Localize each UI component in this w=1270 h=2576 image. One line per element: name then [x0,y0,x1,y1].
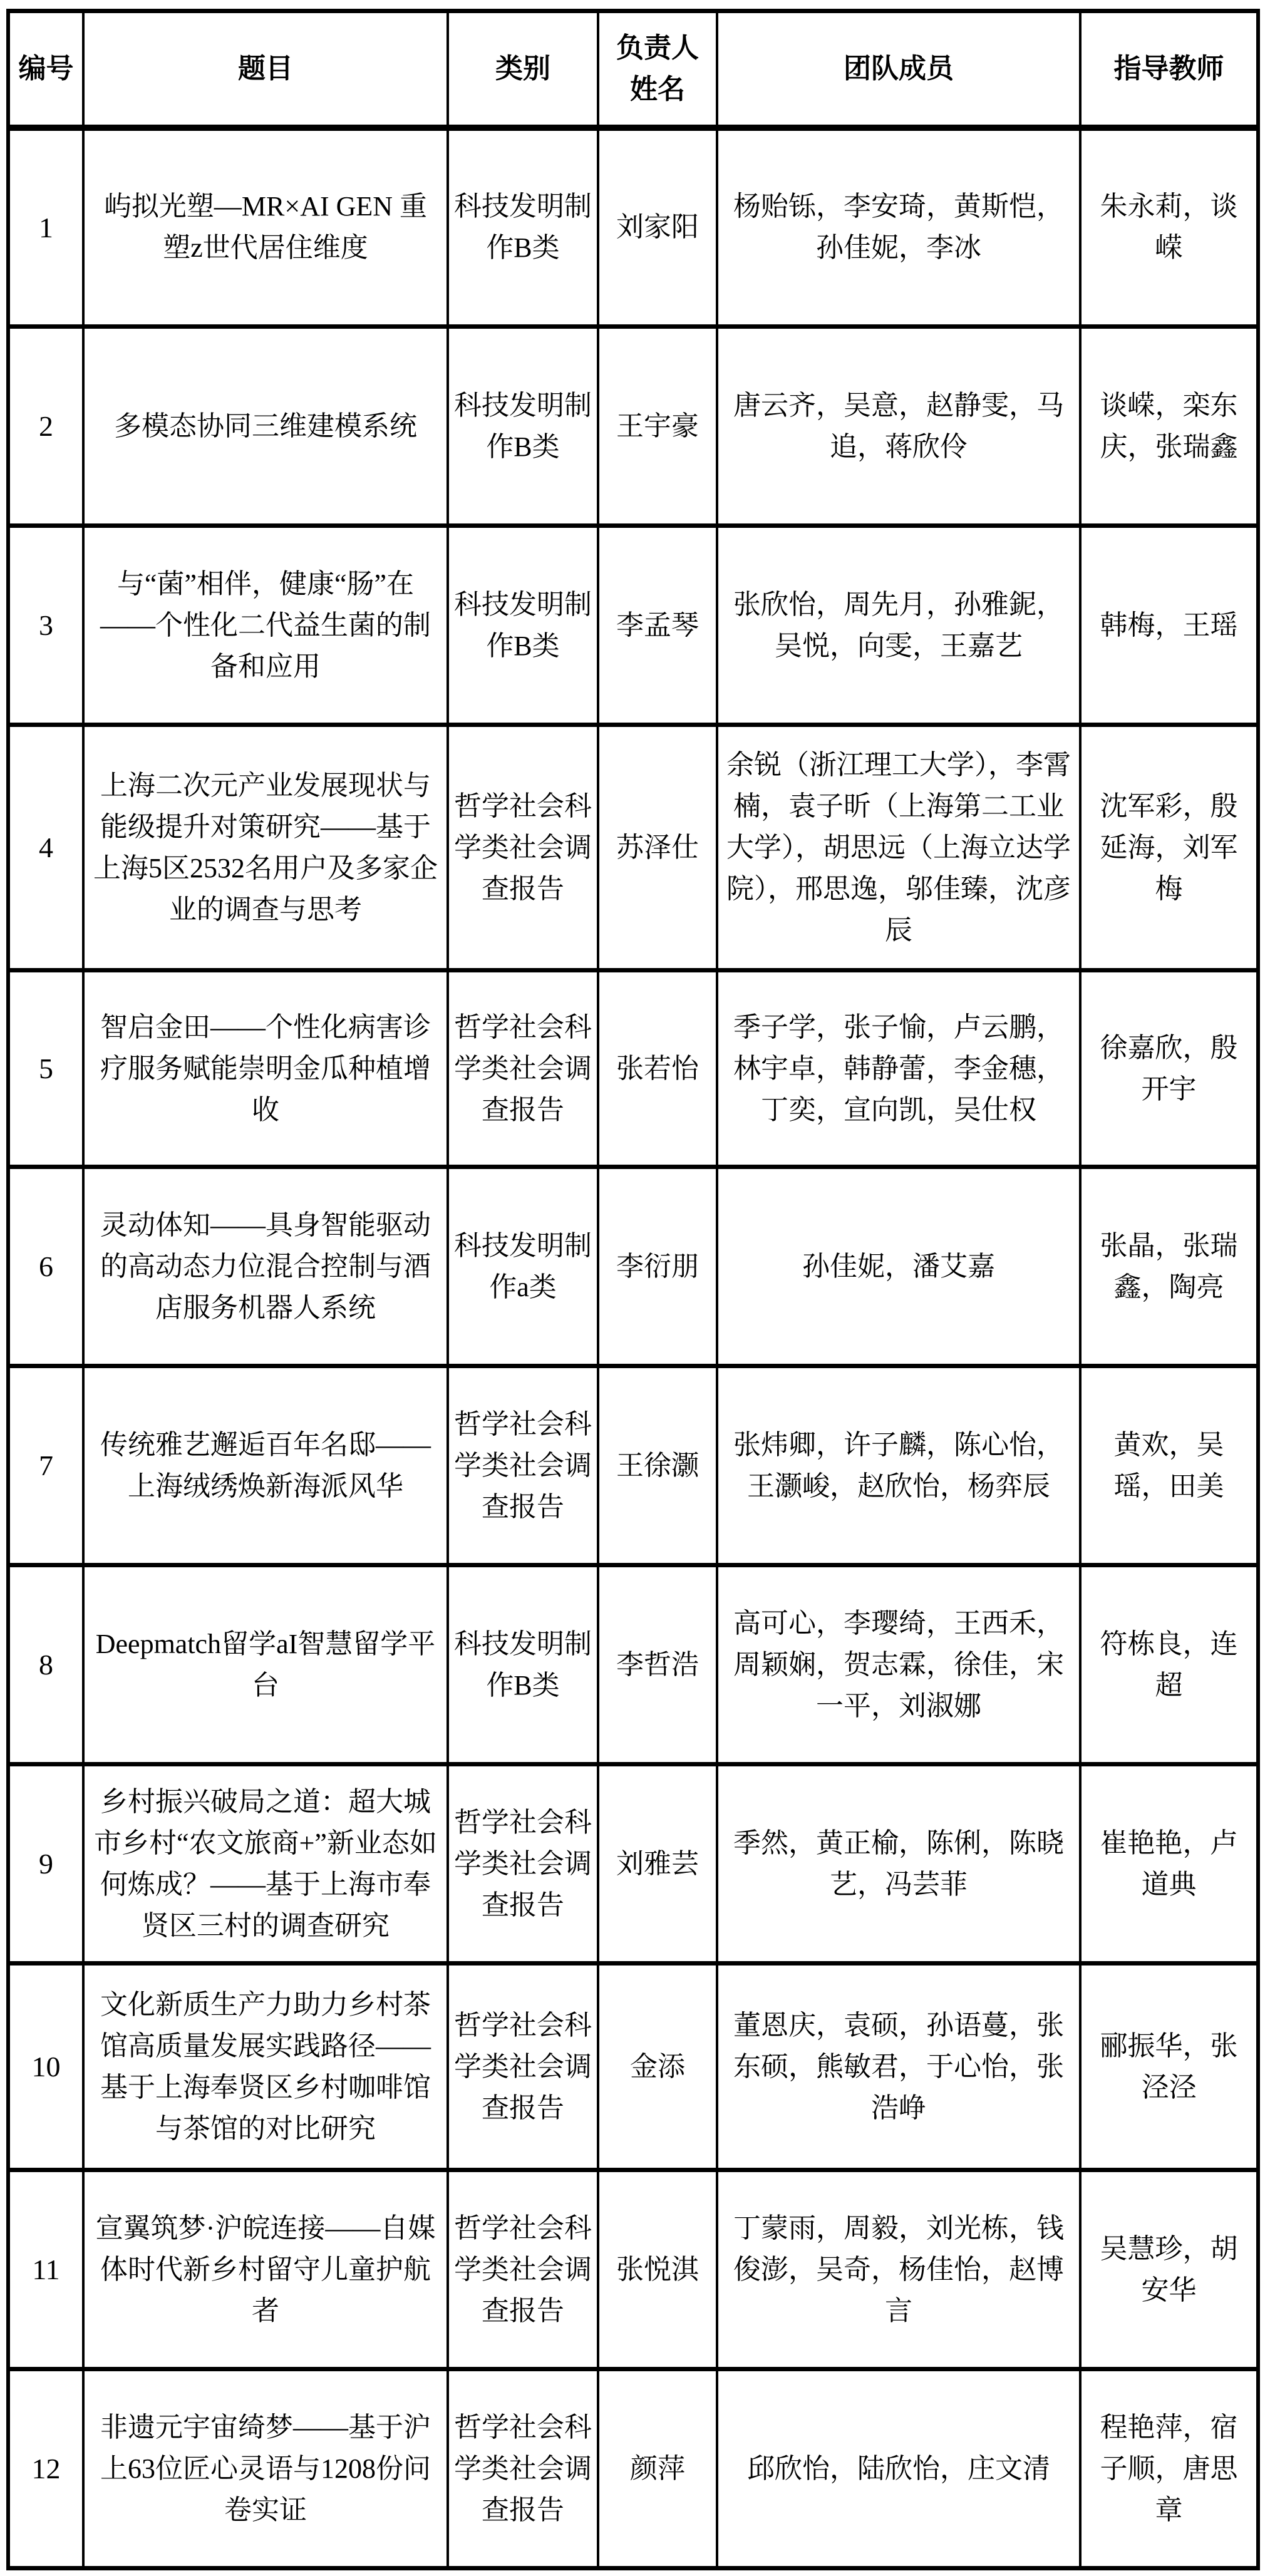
cell-members: 董恩庆，袁硕，孙语蔓，张东硕，熊敏君，于心怡，张浩峥 [717,1964,1080,2170]
cell-leader: 李衍朋 [598,1167,717,1366]
cell-category: 科技发明制作B类 [448,526,598,725]
cell-advisors: 崔艳艳，卢道典 [1080,1765,1258,1964]
col-header-title: 题目 [83,11,448,128]
cell-members: 高可心，李璎绮，王西禾，周颖娴，贺志霖，徐佳，宋一平，刘淑娜 [717,1565,1080,1765]
cell-title: 非遗元宇宙绮梦——基于沪上63位匠心灵语与1208份问卷实证 [83,2369,448,2568]
cell-leader: 李哲浩 [598,1565,717,1765]
cell-leader: 苏泽仕 [598,725,717,971]
cell-members: 杨贻铄，李安琦，黄斯恺，孙佳妮，李冰 [717,128,1080,327]
cell-advisors: 徐嘉欣，殷开宇 [1080,971,1258,1167]
table-body: 1 屿拟光塑—MR×AI GEN 重塑z世代居住维度 科技发明制作B类 刘家阳 … [8,128,1258,2568]
cell-title: 多模态协同三维建模系统 [83,327,448,526]
cell-no: 9 [8,1765,83,1964]
cell-category: 科技发明制作B类 [448,1565,598,1765]
table-row: 7 传统雅艺邂逅百年名邸——上海绒绣焕新海派风华 哲学社会科学类社会调查报告 王… [8,1366,1258,1565]
cell-no: 5 [8,971,83,1167]
cell-advisors: 黄欢，吴瑶，田美 [1080,1366,1258,1565]
cell-no: 11 [8,2170,83,2369]
cell-title: 屿拟光塑—MR×AI GEN 重塑z世代居住维度 [83,128,448,327]
cell-no: 3 [8,526,83,725]
cell-advisors: 韩梅，王瑶 [1080,526,1258,725]
cell-leader: 颜萍 [598,2369,717,2568]
table-row: 10 文化新质生产力助力乡村茶馆高质量发展实践路径——基于上海奉贤区乡村咖啡馆与… [8,1964,1258,2170]
cell-members: 季子学，张子愉，卢云鹏，林宇卓，韩静蕾，李金穗，丁奕，宣向凯，吴仕权 [717,971,1080,1167]
cell-leader: 张悦淇 [598,2170,717,2369]
cell-title: 智启金田——个性化病害诊疗服务赋能崇明金瓜种植增收 [83,971,448,1167]
table-row: 3 与“菌”相伴，健康“肠”在——个性化二代益生菌的制备和应用 科技发明制作B类… [8,526,1258,725]
cell-leader: 王宇豪 [598,327,717,526]
cell-title: 与“菌”相伴，健康“肠”在——个性化二代益生菌的制备和应用 [83,526,448,725]
col-header-category: 类别 [448,11,598,128]
cell-no: 4 [8,725,83,971]
cell-leader: 王徐灏 [598,1366,717,1565]
cell-members: 邱欣怡，陆欣怡，庄文清 [717,2369,1080,2568]
cell-category: 哲学社会科学类社会调查报告 [448,725,598,971]
cell-no: 12 [8,2369,83,2568]
table-row: 9 乡村振兴破局之道：超大城市乡村“农文旅商+”新业态如何炼成？——基于上海市奉… [8,1765,1258,1964]
cell-category: 科技发明制作B类 [448,128,598,327]
cell-members: 张炜卿，许子麟，陈心怡，王灏峻，赵欣怡，杨弈辰 [717,1366,1080,1565]
cell-category: 哲学社会科学类社会调查报告 [448,1765,598,1964]
cell-members: 余锐（浙江理工大学），李霄楠，袁子昕（上海第二工业大学），胡思远（上海立达学院）… [717,725,1080,971]
table-row: 6 灵动体知——具身智能驱动的高动态力位混合控制与酒店服务机器人系统 科技发明制… [8,1167,1258,1366]
cell-no: 8 [8,1565,83,1765]
cell-leader: 张若怡 [598,971,717,1167]
cell-no: 6 [8,1167,83,1366]
table-row: 4 上海二次元产业发展现状与能级提升对策研究——基于上海5区2532名用户及多家… [8,725,1258,971]
table-row: 5 智启金田——个性化病害诊疗服务赋能崇明金瓜种植增收 哲学社会科学类社会调查报… [8,971,1258,1167]
cell-no: 1 [8,128,83,327]
cell-members: 孙佳妮，潘艾嘉 [717,1167,1080,1366]
cell-members: 张欣怡，周先月，孙雅鈮，吴悦，向雯，王嘉艺 [717,526,1080,725]
header-row: 编号 题目 类别 负责人姓名 团队成员 指导教师 [8,11,1258,128]
cell-advisors: 程艳萍，宿子顺，唐思章 [1080,2369,1258,2568]
cell-title: 灵动体知——具身智能驱动的高动态力位混合控制与酒店服务机器人系统 [83,1167,448,1366]
project-roster-table: 编号 题目 类别 负责人姓名 团队成员 指导教师 1 屿拟光塑—MR×AI GE… [6,9,1260,2570]
col-header-no: 编号 [8,11,83,128]
cell-advisors: 朱永莉，谈嵘 [1080,128,1258,327]
cell-leader: 刘家阳 [598,128,717,327]
cell-leader: 金添 [598,1964,717,2170]
cell-members: 季然，黄正榆，陈俐，陈晓艺，冯芸菲 [717,1765,1080,1964]
cell-title: 文化新质生产力助力乡村茶馆高质量发展实践路径——基于上海奉贤区乡村咖啡馆与茶馆的… [83,1964,448,2170]
col-header-advisors: 指导教师 [1080,11,1258,128]
cell-title: 乡村振兴破局之道：超大城市乡村“农文旅商+”新业态如何炼成？——基于上海市奉贤区… [83,1765,448,1964]
cell-advisors: 谈嵘，栾东庆，张瑞鑫 [1080,327,1258,526]
col-header-leader: 负责人姓名 [598,11,717,128]
table-row: 11 宣翼筑梦·沪皖连接——自媒体时代新乡村留守儿童护航者 哲学社会科学类社会调… [8,2170,1258,2369]
table-row: 1 屿拟光塑—MR×AI GEN 重塑z世代居住维度 科技发明制作B类 刘家阳 … [8,128,1258,327]
table-row: 2 多模态协同三维建模系统 科技发明制作B类 王宇豪 唐云齐，吴意，赵静雯，马追… [8,327,1258,526]
table-row: 12 非遗元宇宙绮梦——基于沪上63位匠心灵语与1208份问卷实证 哲学社会科学… [8,2369,1258,2568]
cell-leader: 刘雅芸 [598,1765,717,1964]
cell-advisors: 吴慧珍，胡安华 [1080,2170,1258,2369]
cell-members: 丁蒙雨，周毅，刘光栋，钱俊澎，吴奇，杨佳怡，赵博言 [717,2170,1080,2369]
table-header: 编号 题目 类别 负责人姓名 团队成员 指导教师 [8,11,1258,128]
table-row: 8 Deepmatch留学aI智慧留学平台 科技发明制作B类 李哲浩 高可心，李… [8,1565,1258,1765]
cell-advisors: 符栋良，连超 [1080,1565,1258,1765]
cell-no: 10 [8,1964,83,2170]
cell-title: Deepmatch留学aI智慧留学平台 [83,1565,448,1765]
cell-title: 宣翼筑梦·沪皖连接——自媒体时代新乡村留守儿童护航者 [83,2170,448,2369]
cell-category: 哲学社会科学类社会调查报告 [448,2170,598,2369]
cell-category: 科技发明制作a类 [448,1167,598,1366]
cell-no: 2 [8,327,83,526]
cell-members: 唐云齐，吴意，赵静雯，马追，蒋欣伶 [717,327,1080,526]
cell-advisors: 张晶，张瑞鑫，陶亮 [1080,1167,1258,1366]
cell-category: 哲学社会科学类社会调查报告 [448,1964,598,2170]
cell-leader: 李孟琴 [598,526,717,725]
cell-category: 哲学社会科学类社会调查报告 [448,971,598,1167]
cell-no: 7 [8,1366,83,1565]
cell-advisors: 沈军彩，殷延海，刘军梅 [1080,725,1258,971]
col-header-members: 团队成员 [717,11,1080,128]
cell-category: 哲学社会科学类社会调查报告 [448,1366,598,1565]
document-page: 编号 题目 类别 负责人姓名 团队成员 指导教师 1 屿拟光塑—MR×AI GE… [0,0,1270,2576]
cell-category: 哲学社会科学类社会调查报告 [448,2369,598,2568]
cell-category: 科技发明制作B类 [448,327,598,526]
cell-title: 传统雅艺邂逅百年名邸——上海绒绣焕新海派风华 [83,1366,448,1565]
cell-advisors: 郦振华，张泾泾 [1080,1964,1258,2170]
cell-title: 上海二次元产业发展现状与能级提升对策研究——基于上海5区2532名用户及多家企业… [83,725,448,971]
